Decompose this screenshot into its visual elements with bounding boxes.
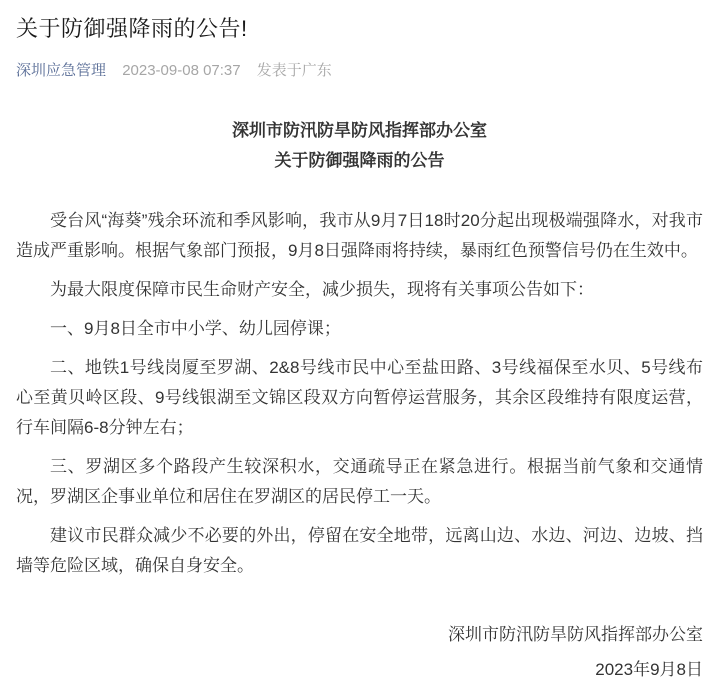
paragraph-advice: 建议市民群众减少不必要的外出，停留在安全地带，远离山边、水边、河边、边坡、挡墙等… (16, 521, 703, 581)
article-content: 深圳市防汛防旱防风指挥部办公室 关于防御强降雨的公告 受台风“海葵”残余环流和季… (16, 116, 703, 685)
publish-datetime: 2023-09-08 07:37 (122, 62, 240, 79)
announcement-item-3: 三、罗湖区多个路段产生较深积水，交通疏导正在紧急进行。根据当前气象和交通情况，罗… (16, 452, 703, 512)
announcement-item-2: 二、地铁1号线岗厦至罗湖、2&8号线市民中心至盐田路、3号线福保至水贝、5号线布… (16, 353, 703, 443)
paragraph-purpose: 为最大限度保障市民生命财产安全，减少损失，现将有关事项公告如下： (16, 275, 703, 305)
signature-organization: 深圳市防汛防旱防风指挥部办公室 (16, 620, 703, 650)
article-meta: 深圳应急管理 2023-09-08 07:37 发表于广东 (16, 62, 703, 80)
article-page: 关于防御强降雨的公告! 深圳应急管理 2023-09-08 07:37 发表于广… (0, 0, 719, 685)
signature-date: 2023年9月8日 (16, 655, 703, 685)
announcement-item-1: 一、9月8日全市中小学、幼儿园停课； (16, 314, 703, 344)
document-heading-line1: 深圳市防汛防旱防风指挥部办公室 (16, 116, 703, 146)
publish-location: 发表于广东 (257, 62, 332, 79)
article-title: 关于防御强降雨的公告! (16, 14, 703, 44)
paragraph-intro: 受台风“海葵”残余环流和季风影响，我市从9月7日18时20分起出现极端强降水，对… (16, 206, 703, 266)
account-name-link[interactable]: 深圳应急管理 (16, 62, 106, 79)
document-heading-line2: 关于防御强降雨的公告 (16, 146, 703, 176)
